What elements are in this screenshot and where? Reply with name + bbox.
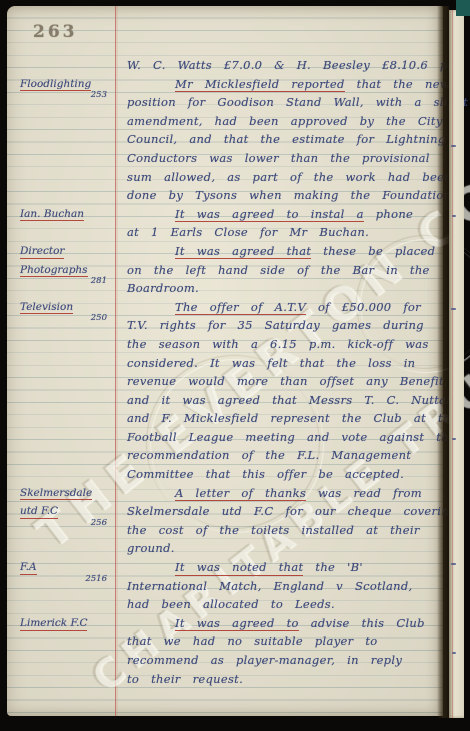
handwritten-line: to their request. (127, 670, 432, 689)
line-text: that the new (345, 77, 450, 91)
margin-note-text: Skelmersdale (20, 487, 92, 501)
handwritten-line: and it was agreed that Messrs T. C. Nutt… (127, 391, 432, 410)
handwritten-line: considered. It was felt that the loss in (127, 354, 432, 373)
handwritten-line: revenue would more than offset any Benef… (127, 372, 432, 391)
handwritten-line: ground. (127, 539, 432, 558)
page-number-stamp: 263 (33, 22, 78, 42)
handwritten-line: The offer of A.T.V of £50.000 for (127, 298, 432, 317)
photo-background: 263 THE EVERTON COLLECTION CHARITABLE TR… (0, 0, 470, 731)
line-text: these be placed (311, 244, 435, 258)
margin-note-text: Limerick F.C (20, 617, 87, 631)
red-underlined-phrase: It was agreed to (175, 616, 299, 632)
handwritten-line: and F. Micklesfield represent the Club a… (127, 409, 432, 428)
line-text: phone (364, 207, 413, 221)
handwritten-line: A letter of thanks was read from (127, 484, 432, 503)
red-underlined-phrase: Mr Micklesfield reported (175, 77, 345, 93)
handwritten-line: It was agreed that these be placed (127, 242, 432, 261)
margin-note-label: Limerick F.C (20, 614, 113, 633)
adjacent-page-margin-line (452, 10, 453, 718)
margin-note-text: utd F.C (20, 505, 58, 519)
ink-speck (451, 308, 456, 310)
minute-book-page: 263 THE EVERTON COLLECTION CHARITABLE TR… (7, 6, 443, 716)
handwritten-line: position for Goodison Stand Wall, with a… (127, 93, 432, 112)
line-text: advise this Club (299, 616, 425, 630)
margin-note-label: Ian. Buchan (20, 205, 113, 224)
adjacent-page-edge (449, 10, 464, 718)
margin-note-text: Television (20, 301, 73, 315)
handwritten-line: Boardroom. (127, 279, 432, 298)
handwritten-line: International Match, England v Scotland, (127, 577, 432, 596)
handwritten-line: on the left hand side of the Bar in the (127, 261, 432, 280)
handwritten-line: It was agreed to advise this Club (127, 614, 432, 633)
margin-note-text: Floodlighting (20, 78, 91, 92)
handwritten-line: It was noted that the 'B' (127, 558, 432, 577)
handwritten-line: Skelmersdale utd F.C for our cheque cove… (127, 502, 432, 521)
line-text: of £50.000 for (306, 300, 421, 314)
margin-note-label: Director (20, 242, 113, 261)
handwritten-line: Football League meeting and vote against… (127, 428, 432, 447)
margin-rule-line (115, 6, 116, 716)
margin-note: Television250 (20, 298, 113, 326)
handwritten-line: recommendation of the F.L. Management (127, 446, 432, 465)
handwritten-line: Conductors was lower than the provisiona… (127, 149, 432, 168)
handwritten-line: at 1 Earls Close for Mr Buchan. (127, 223, 432, 242)
ink-speck (452, 652, 456, 654)
margin-note-text: Director (20, 245, 64, 259)
margin-note: Skelmersdaleutd F.C256 (20, 484, 113, 530)
margin-note-text: Ian. Buchan (20, 208, 84, 222)
ink-speck (451, 145, 456, 147)
margin-note-text: Photographs (20, 264, 88, 278)
handwritten-line: It was agreed to instal a phone (127, 205, 432, 224)
handwritten-line: the cost of the toilets installed at the… (127, 521, 432, 540)
red-underlined-phrase: The offer of A.T.V (175, 300, 306, 316)
red-underlined-phrase: A letter of thanks (175, 486, 306, 502)
handwritten-body: W. C. Watts £7.0.0 & H. Beesley £8.10.6 … (127, 56, 432, 688)
handwritten-line: that we had no suitable player to (127, 632, 432, 651)
handwritten-line: Mr Micklesfield reported that the new (127, 75, 432, 94)
book-cover-edge (456, 0, 470, 16)
handwritten-line: T.V. rights for 35 Saturday games during (127, 316, 432, 335)
handwritten-line: the season with a 6.15 p.m. kick-off was (127, 335, 432, 354)
handwritten-line: Council, and that the estimate for Light… (127, 130, 432, 149)
margin-note-text: F.A (20, 561, 37, 575)
handwritten-line: done by Tysons when making the Foundatio… (127, 186, 432, 205)
red-underlined-phrase: It was agreed to instal a (175, 207, 364, 223)
line-text: was read from (306, 486, 422, 500)
page-gutter-shadow (437, 6, 449, 718)
red-underlined-phrase: It was agreed that (175, 244, 311, 260)
handwritten-line: sum allowed, as part of the work had bee… (127, 168, 432, 187)
ink-speck (452, 215, 456, 217)
line-text: the 'B' (303, 560, 362, 574)
ink-speck (451, 563, 456, 565)
handwritten-line: amendment, had been approved by the City (127, 112, 432, 131)
ink-speck (452, 438, 456, 440)
margin-note: Limerick F.C (20, 614, 113, 633)
margin-note-label: Skelmersdale (20, 484, 113, 503)
handwritten-line: W. C. Watts £7.0.0 & H. Beesley £8.10.6 … (127, 56, 432, 75)
handwritten-line: Committee that this offer be accepted. (127, 465, 432, 484)
margin-note: DirectorPhotographs281 (20, 242, 113, 288)
handwritten-line: had been allocated to Leeds. (127, 595, 432, 614)
margin-note: F.A2516 (20, 558, 113, 586)
red-underlined-phrase: It was noted that (175, 560, 303, 576)
handwritten-line: recommend as player-manager, in reply (127, 651, 432, 670)
margin-note: Floodlighting253 (20, 75, 113, 103)
margin-note: Ian. Buchan (20, 205, 113, 224)
